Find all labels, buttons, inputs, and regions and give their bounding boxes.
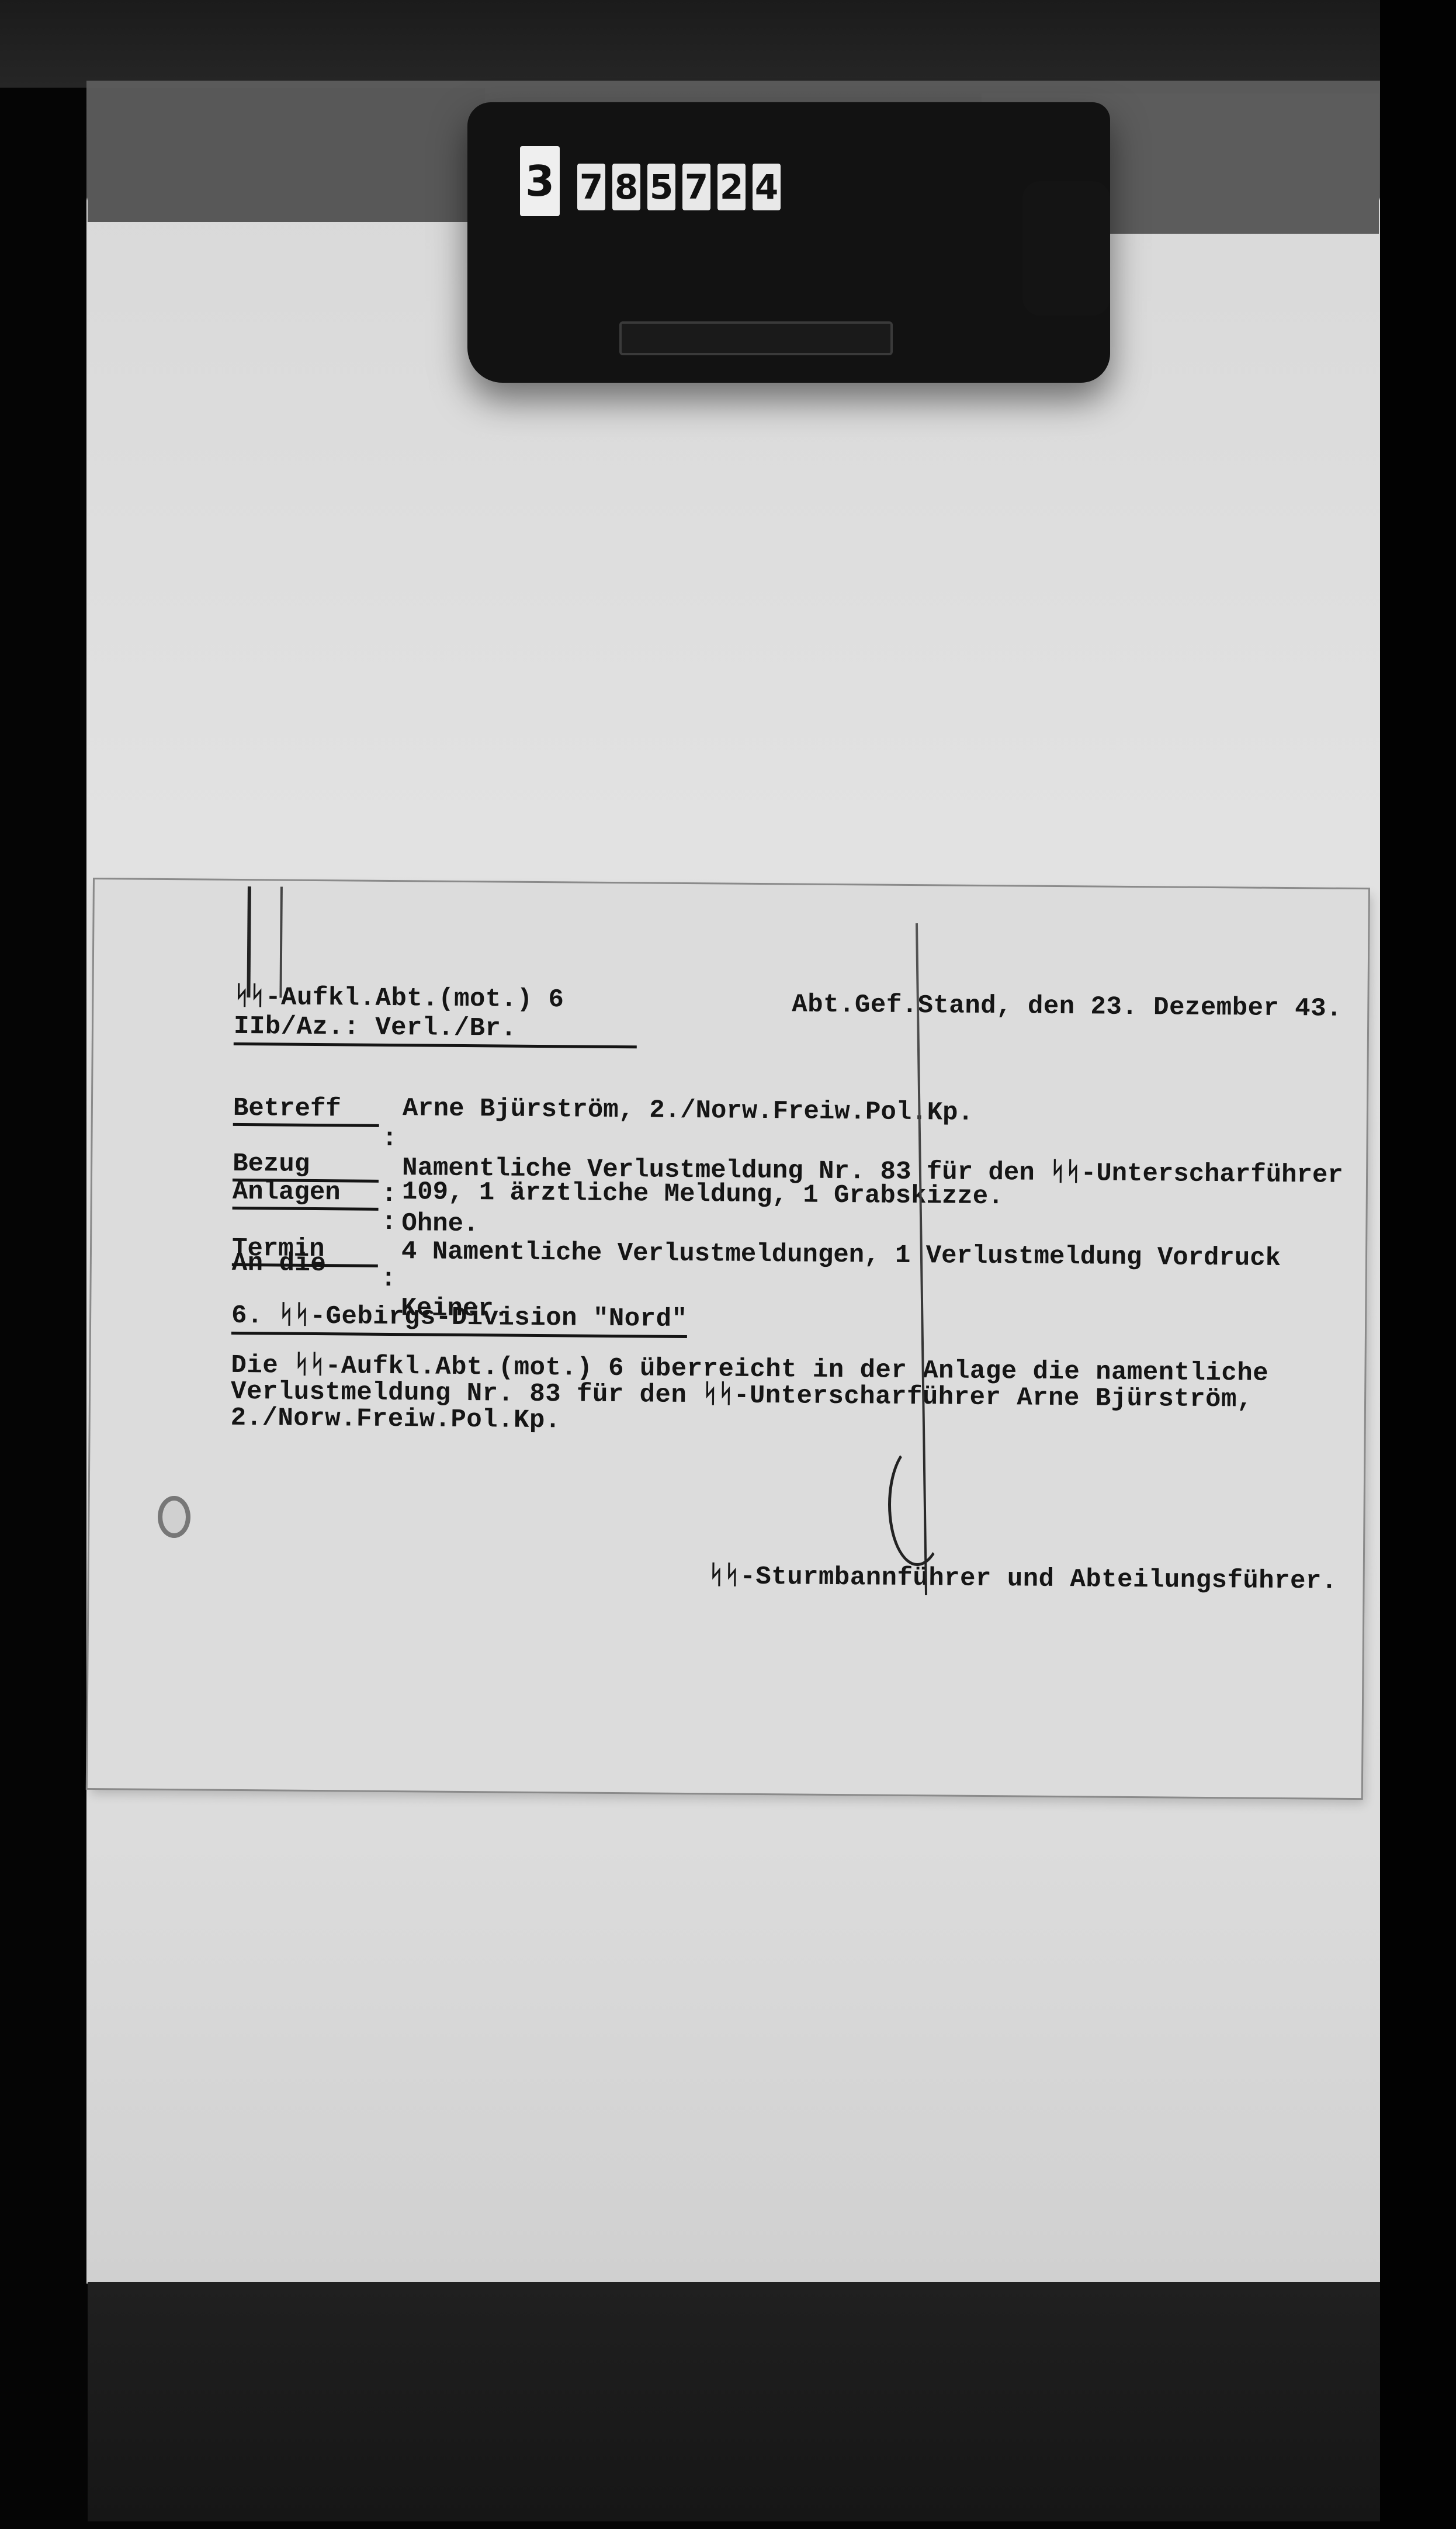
place-date: Abt.Gef.Stand, den 23. Dezember 43. [792, 990, 1342, 1023]
staple-mark [279, 886, 282, 997]
counter-digit: 7 [682, 164, 710, 210]
film-top-band [0, 0, 1456, 88]
signature-line: ᛋᛋ-Sturmbannführer und Abteilungsführer. [708, 1562, 1337, 1596]
counter-digit: 2 [717, 164, 746, 210]
frame-counter: 3 7 8 5 7 2 4 [520, 146, 781, 216]
field-separator: : [382, 1124, 397, 1153]
field-value-line: 109, 1 ärztliche Meldung, 1 Grabskizze. [402, 1177, 1004, 1211]
counter-slot [619, 321, 893, 355]
film-right-border [1380, 0, 1456, 2529]
body-line: 2./Norw.Freiw.Pol.Kp. [231, 1404, 561, 1435]
sender-unit: ᛋᛋ-Aufkl.Abt.(mot.) 6 [234, 983, 564, 1014]
field-separator: : [380, 1264, 396, 1294]
counter-lead-digit: 3 [520, 146, 560, 216]
field-separator: : [381, 1208, 397, 1237]
field-value-line: Arne Bjürström, 2./Norw.Freiw.Pol.Kp. [403, 1094, 973, 1128]
counter-digit: 5 [647, 164, 675, 210]
handwritten-signature-loop [888, 1443, 947, 1566]
sender-reference: IIb/Az.: Verl./Br. [234, 1012, 637, 1048]
counter-digit: 4 [753, 164, 781, 210]
counter-digit: 7 [577, 164, 605, 210]
punch-hole [158, 1496, 190, 1538]
backing-shadow-left [88, 88, 485, 222]
recipient: 6. ᛋᛋ-Gebirgs-Division "Nord" [231, 1301, 688, 1338]
counter-knob [1022, 181, 1110, 316]
typed-document-card: ᛋᛋ-Aufkl.Abt.(mot.) 6 IIb/Az.: Verl./Br.… [88, 879, 1368, 1798]
film-bottom-strip [88, 2282, 1385, 2521]
field-value-line: 4 Namentliche Verlustmeldungen, 1 Verlus… [401, 1237, 1281, 1273]
field-value-line: Ohne. [401, 1209, 479, 1239]
field-separator: : [382, 1180, 397, 1209]
recipient-intro: An die [232, 1249, 327, 1279]
counter-digit: 8 [612, 164, 640, 210]
staple-mark [247, 886, 251, 997]
